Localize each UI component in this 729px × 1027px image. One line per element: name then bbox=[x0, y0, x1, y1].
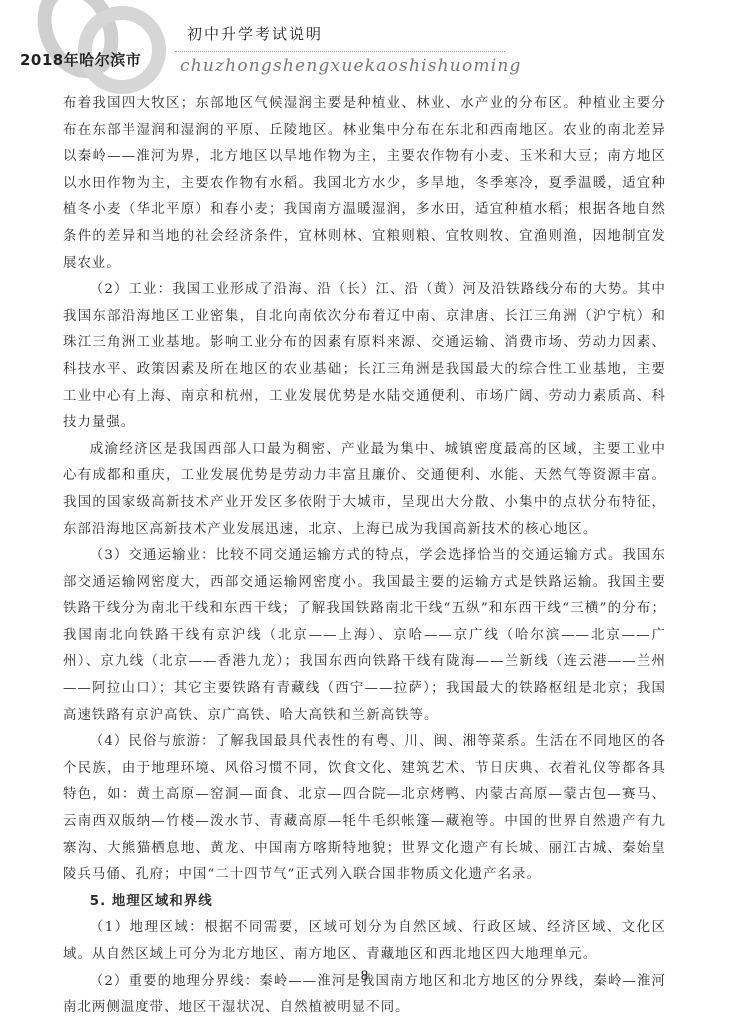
paragraph-geographic-regions: （1）地理区域：根据不同需要，区域可划分为自然区域、行政区域、经济区域、文化区域… bbox=[63, 915, 666, 968]
section-heading-regions-boundaries: 5. 地理区域和界线 bbox=[63, 889, 666, 916]
paragraph-agriculture-continued: 布着我国四大牧区；东部地区气候湿润主要是种植业、林业、水产业的分布区。种植业主要… bbox=[63, 91, 666, 277]
book-title-pinyin: chuzhongshengxuekaoshishuoming bbox=[180, 56, 522, 76]
body-text: 布着我国四大牧区；东部地区气候湿润主要是种植业、林业、水产业的分布区。种植业主要… bbox=[63, 91, 666, 1022]
page-number: 8 bbox=[0, 968, 729, 985]
paragraph-transportation: （3）交通运输业：比较不同交通运输方式的特点，学会选择恰当的交通运输方式。我国东… bbox=[63, 543, 666, 729]
header-divider bbox=[175, 51, 505, 52]
paragraph-industry: （2）工业：我国工业形成了沿海、沿（长）江、沿（黄）河及沿铁路线分布的大势。其中… bbox=[63, 277, 666, 437]
paragraph-chengyu-economic-zone: 成渝经济区是我国西部人口最为稠密、产业最为集中、城镇密度最高的区域，主要工业中心… bbox=[63, 437, 666, 543]
book-title: 初中升学考试说明 bbox=[187, 23, 323, 44]
year-city-label: 2018年哈尔滨市 bbox=[20, 49, 141, 70]
paragraph-customs-tourism: （4）民俗与旅游：了解我国最具代表性的有粤、川、闽、湘等菜系。生活在不同地区的各… bbox=[63, 729, 666, 889]
page-header: 2018年哈尔滨市 初中升学考试说明 chuzhongshengxuekaosh… bbox=[0, 0, 729, 90]
